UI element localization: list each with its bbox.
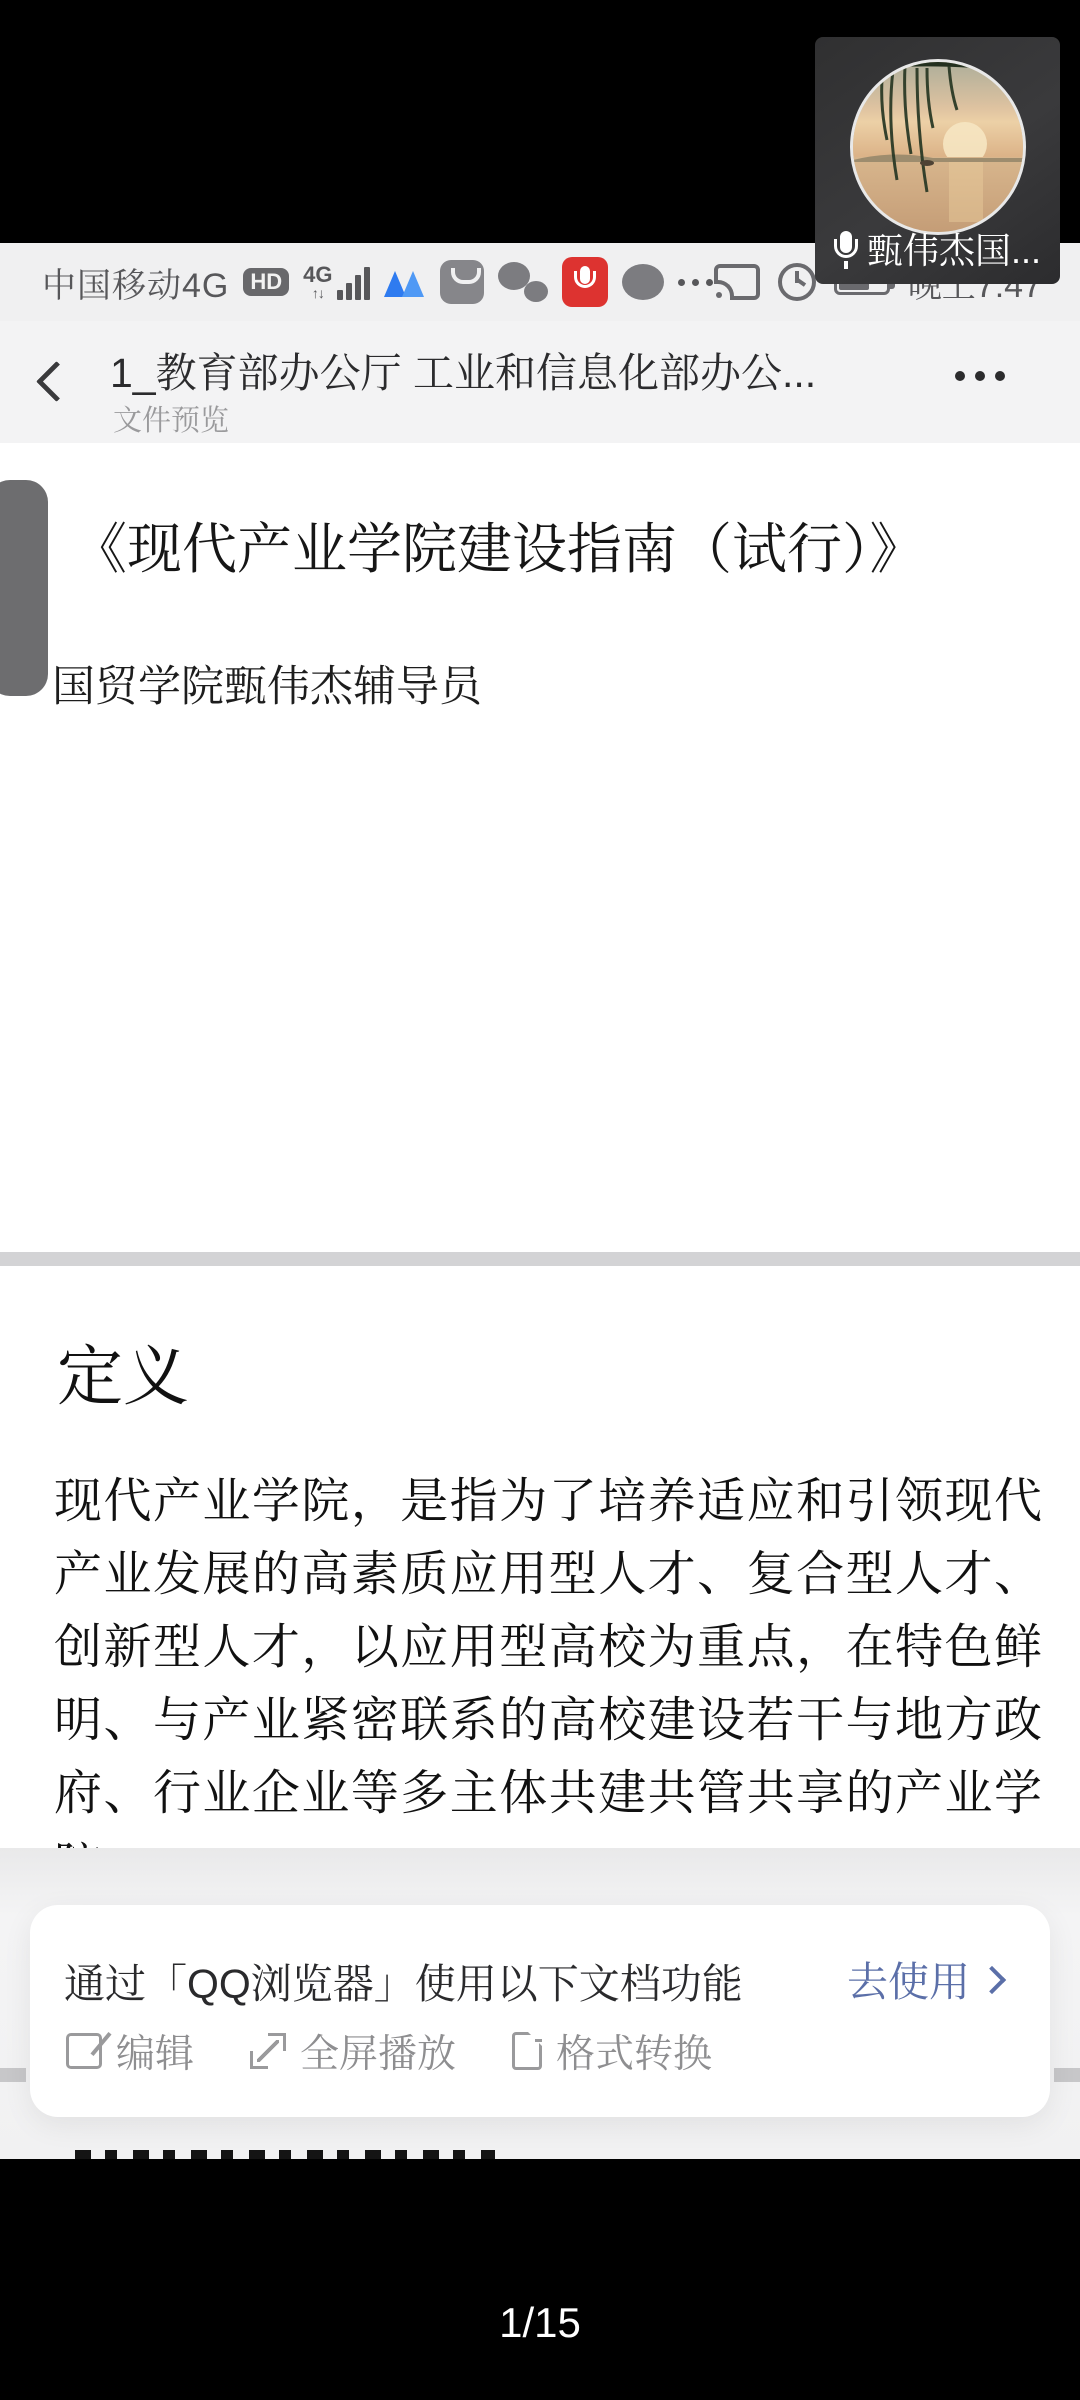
avatar <box>850 59 1026 235</box>
format-convert-button[interactable]: 格式转换 <box>512 2023 712 2079</box>
bottom-bar: 1/15 <box>0 2159 1080 2400</box>
blue-peaks-app-icon <box>384 267 426 297</box>
fullscreen-play-label: 全屏播放 <box>300 2023 456 2079</box>
appgallery-icon <box>440 260 484 304</box>
call-contact-name: 甄伟杰国... <box>867 223 1041 274</box>
go-use-button[interactable]: 去使用 <box>847 1949 1002 2008</box>
edit-label: 编辑 <box>116 2023 194 2079</box>
format-convert-label: 格式转换 <box>556 2023 712 2079</box>
fullscreen-play-button[interactable]: 全屏播放 <box>250 2023 456 2079</box>
qq-browser-banner[interactable]: 通过「QQ浏览器」使用以下文档功能 去使用 编辑 全屏播放 格式转换 <box>30 1905 1050 2117</box>
chevron-right-icon <box>980 1964 1002 1994</box>
banner-title: 通过「QQ浏览器」使用以下文档功能 <box>64 1951 743 2010</box>
carrier-label: 中国移动4G <box>42 258 229 307</box>
underlying-divider-left <box>0 2068 26 2082</box>
page-indicator: 1/15 <box>0 2299 1080 2347</box>
floating-call-window[interactable]: 甄伟杰国... <box>815 37 1060 284</box>
recording-mic-icon <box>562 257 608 307</box>
slide1-author: 国贸学院甄伟杰辅导员 <box>52 653 482 714</box>
bottom-overlay: 通过「QQ浏览器」使用以下文档功能 去使用 编辑 全屏播放 格式转换 <box>0 1848 1080 2159</box>
clipped-next-slide-text <box>75 2150 495 2159</box>
status-more-dots-icon <box>678 279 713 286</box>
fullscreen-icon <box>250 2033 286 2069</box>
edit-button[interactable]: 编辑 <box>66 2023 194 2079</box>
scroll-indicator[interactable] <box>0 480 48 696</box>
slide2-body: 现代产业学院，是指为了培养适应和引领现代产业发展的高素质应用型人才、复合型人才、… <box>54 1465 1042 1903</box>
file-title: 1_教育部办公厅 工业和信息化部办公... <box>110 340 910 399</box>
format-convert-icon <box>512 2032 542 2070</box>
file-preview-label: 文件预览 <box>113 398 229 439</box>
phone-screen: 甄伟杰国... 中国移动4G HD 4G↑↓ 晚上7:47 <box>0 0 1080 2400</box>
alarm-icon <box>778 263 816 301</box>
slide-divider <box>0 1252 1080 1266</box>
slide1-title: 《现代产业学院建设指南（试行）》 <box>72 505 1012 584</box>
more-menu-button[interactable] <box>955 371 1005 381</box>
back-button[interactable] <box>34 365 68 399</box>
avatar-photo <box>853 62 1026 235</box>
signal-4g-bars-icon: 4G↑↓ <box>303 264 369 300</box>
underlying-divider-right <box>1054 2068 1080 2082</box>
wechat-icon <box>498 262 548 302</box>
call-mic-icon <box>829 227 863 271</box>
edit-icon <box>66 2033 102 2069</box>
chat-bubble-icon <box>622 264 664 300</box>
slide2-heading: 定义 <box>57 1323 189 1418</box>
go-use-label: 去使用 <box>847 1949 970 2008</box>
hd-badge: HD <box>243 268 289 296</box>
cast-icon <box>714 264 760 300</box>
